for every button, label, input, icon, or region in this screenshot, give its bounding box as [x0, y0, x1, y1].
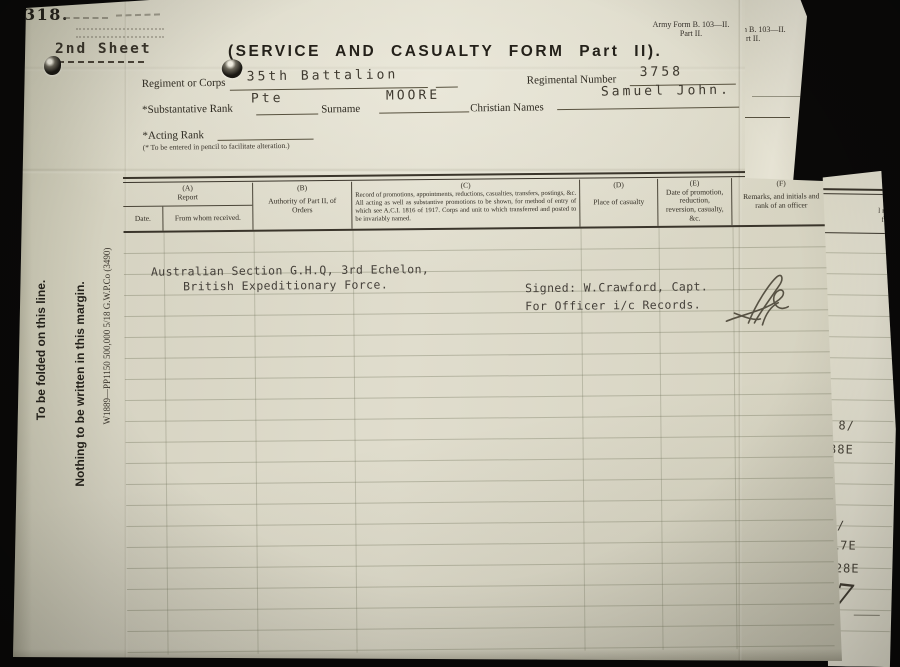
column-divider: [164, 233, 169, 655]
field-underline: [557, 107, 739, 111]
ruled-line: [127, 561, 834, 569]
ruled-line: [818, 336, 895, 338]
column-b-authority: (B) Authority of Part II, of Orders: [253, 182, 352, 230]
column-title: Report: [177, 193, 198, 202]
ruled-line: [818, 315, 895, 317]
margin-nothing-text: Nothing to be written in this margin.: [73, 239, 87, 529]
column-a-subcolumns: Date. From whom received.: [123, 206, 252, 231]
table-rule: [823, 232, 895, 234]
back-header-fragment: ficer: [882, 215, 896, 224]
ruled-line: [126, 498, 833, 506]
column-title: Remarks, and initials and rank of an off…: [732, 192, 830, 210]
acting-rank-label: *Acting Rank: [142, 129, 204, 142]
photographed-document: n B. 103—II. rt II. and l rank ficer 8/ …: [0, 0, 900, 667]
typed-entry-unit-line2: British Expeditionary Force.: [183, 277, 388, 293]
field-underline: [256, 114, 318, 116]
back-header-fragment: l rank: [878, 206, 895, 215]
back-army-form-ref: n B. 103—II.: [743, 25, 807, 34]
ruled-line: [125, 330, 832, 338]
column-d-place: (D) Place of casualty: [580, 179, 658, 227]
ruled-line: [819, 252, 896, 254]
margin-fold-text: To be folded on this line.: [34, 250, 48, 450]
typed-entry-unit-line1: Australian Section G.H.Q, 3rd Echelon,: [151, 262, 429, 279]
surname-label: Surname: [321, 103, 360, 116]
ruled-line: [126, 519, 833, 527]
ruled-line: [743, 117, 790, 118]
back-sheet-top-strip: n B. 103—II. rt II.: [743, 0, 807, 184]
ruled-line: [126, 435, 833, 443]
printer-imprint: W1889—PP1150 500,000 5/18 G.W.P.Co (3490…: [102, 216, 112, 456]
ruled-line: [752, 96, 802, 97]
ruled-line: [125, 372, 832, 380]
column-divider: [254, 232, 259, 654]
column-date: Date.: [123, 207, 163, 231]
pen-dash: [854, 615, 880, 616]
ruled-line: [818, 294, 895, 296]
back-sheet-lines: [816, 170, 900, 171]
column-e-date: (E) Date of promotion, reduction, revers…: [658, 178, 732, 226]
column-letter: (C): [461, 182, 471, 191]
ruled-line: [127, 624, 834, 632]
column-a-report: (A) Report Date. From whom received.: [123, 183, 253, 231]
back-header-fragment: and: [885, 197, 896, 206]
ruled-line: [124, 246, 831, 254]
column-title: Date of promotion, reduction, reversion,…: [658, 188, 731, 223]
regimental-number-value: 3758: [640, 64, 684, 80]
regiment-value: 35th Battalion: [247, 67, 399, 84]
column-a-top: (A) Report: [123, 183, 252, 207]
column-letter: (F): [732, 179, 830, 189]
column-letter: (B): [253, 184, 351, 194]
column-c-record: (C) Record of promotions, appointments, …: [352, 180, 580, 229]
typed-entry-signed-line2: For Officer i/c Records.: [525, 297, 701, 313]
handwritten-signature: [720, 269, 801, 332]
pencil-footnote: (* To be entered in pencil to facilitate…: [143, 141, 290, 152]
substantive-rank-label: *Substantative Rank: [142, 103, 233, 116]
ruled-line: [125, 414, 832, 422]
rank-value: Pte: [251, 91, 284, 106]
typed-fragment: 8/: [838, 418, 855, 432]
ruled-line: [127, 603, 834, 611]
record-table: (A) Report Date. From whom received. (B)…: [123, 170, 835, 655]
ruled-line: [125, 393, 832, 401]
christian-names-value: Samuel John.: [601, 83, 731, 100]
column-letter: (D): [580, 181, 657, 190]
column-divider: [353, 231, 358, 653]
typed-fragment: /: [837, 518, 845, 532]
column-f-remarks: (F) Remarks, and initials and rank of an…: [732, 177, 830, 225]
ruled-line: [127, 540, 834, 548]
ruled-line: [819, 273, 896, 275]
field-underline: [379, 111, 469, 113]
column-title: Authority of Part II, of Orders: [253, 197, 351, 215]
column-from-whom: From whom received.: [163, 206, 252, 231]
table-rule: [822, 188, 896, 191]
typed-entry-signed-line1: Signed: W.Crawford, Capt.: [525, 279, 708, 295]
christian-names-label: Christian Names: [470, 101, 544, 114]
surname-value: MOORE: [386, 88, 440, 104]
ruled-line: [127, 582, 834, 590]
column-title: Place of casualty: [585, 198, 652, 207]
table-header: (A) Report Date. From whom received. (B)…: [123, 177, 830, 233]
ruled-line: [125, 351, 832, 359]
regiment-label: Regiment or Corps: [142, 77, 226, 90]
column-title: Record of promotions, appointments, redu…: [352, 189, 579, 223]
ruled-line: [126, 456, 833, 464]
back-army-form-ref-2: rt II.: [746, 34, 810, 43]
ruled-line: [126, 477, 833, 485]
